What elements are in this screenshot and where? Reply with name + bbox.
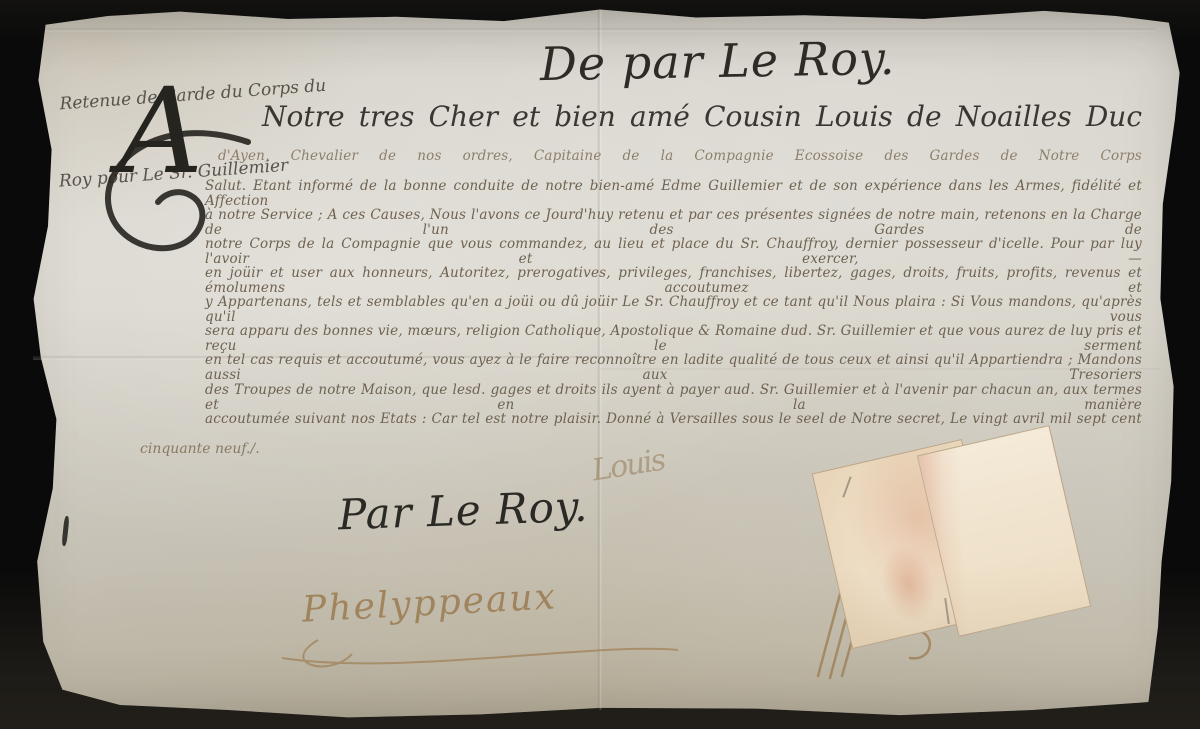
signature-underline-flourish [268, 612, 688, 682]
body-line: y Appartenans, tels et semblables qu'en … [205, 295, 1142, 325]
body-line: accoutumée suivant nos Etats : Car tel e… [205, 412, 1142, 427]
body-line: sera apparu des bonnes vie, mœurs, relig… [205, 324, 1142, 354]
salutation-line: Notre tres Cher et bien amé Cousin Louis… [262, 100, 1142, 133]
date-end-line: cinquante neuf./. [140, 441, 260, 457]
body-line: Salut. Etant informé de la bonne conduit… [205, 179, 1142, 209]
body-line: des Troupes de notre Maison, que lesd. g… [205, 383, 1142, 413]
body-line: notre Corps de la Compagnie que vous com… [205, 237, 1142, 267]
papered-wax-seal [828, 436, 1078, 646]
document-title: De par Le Roy. [540, 31, 896, 91]
countersign-heading: Par Le Roy. [337, 482, 589, 540]
body-line: en tel cas requis et accoutumé, vous aye… [205, 353, 1142, 383]
body-line: à notre Service ; A ces Causes, Nous l'a… [205, 208, 1142, 238]
body-line: d'Ayen, Chevalier de nos ordres, Capitai… [218, 149, 1142, 164]
body-line: en joüir et user aux honneurs, Autoritez… [205, 266, 1142, 296]
photo-background: Retenue de Garde du Corps du Roy pour Le… [0, 0, 1200, 729]
